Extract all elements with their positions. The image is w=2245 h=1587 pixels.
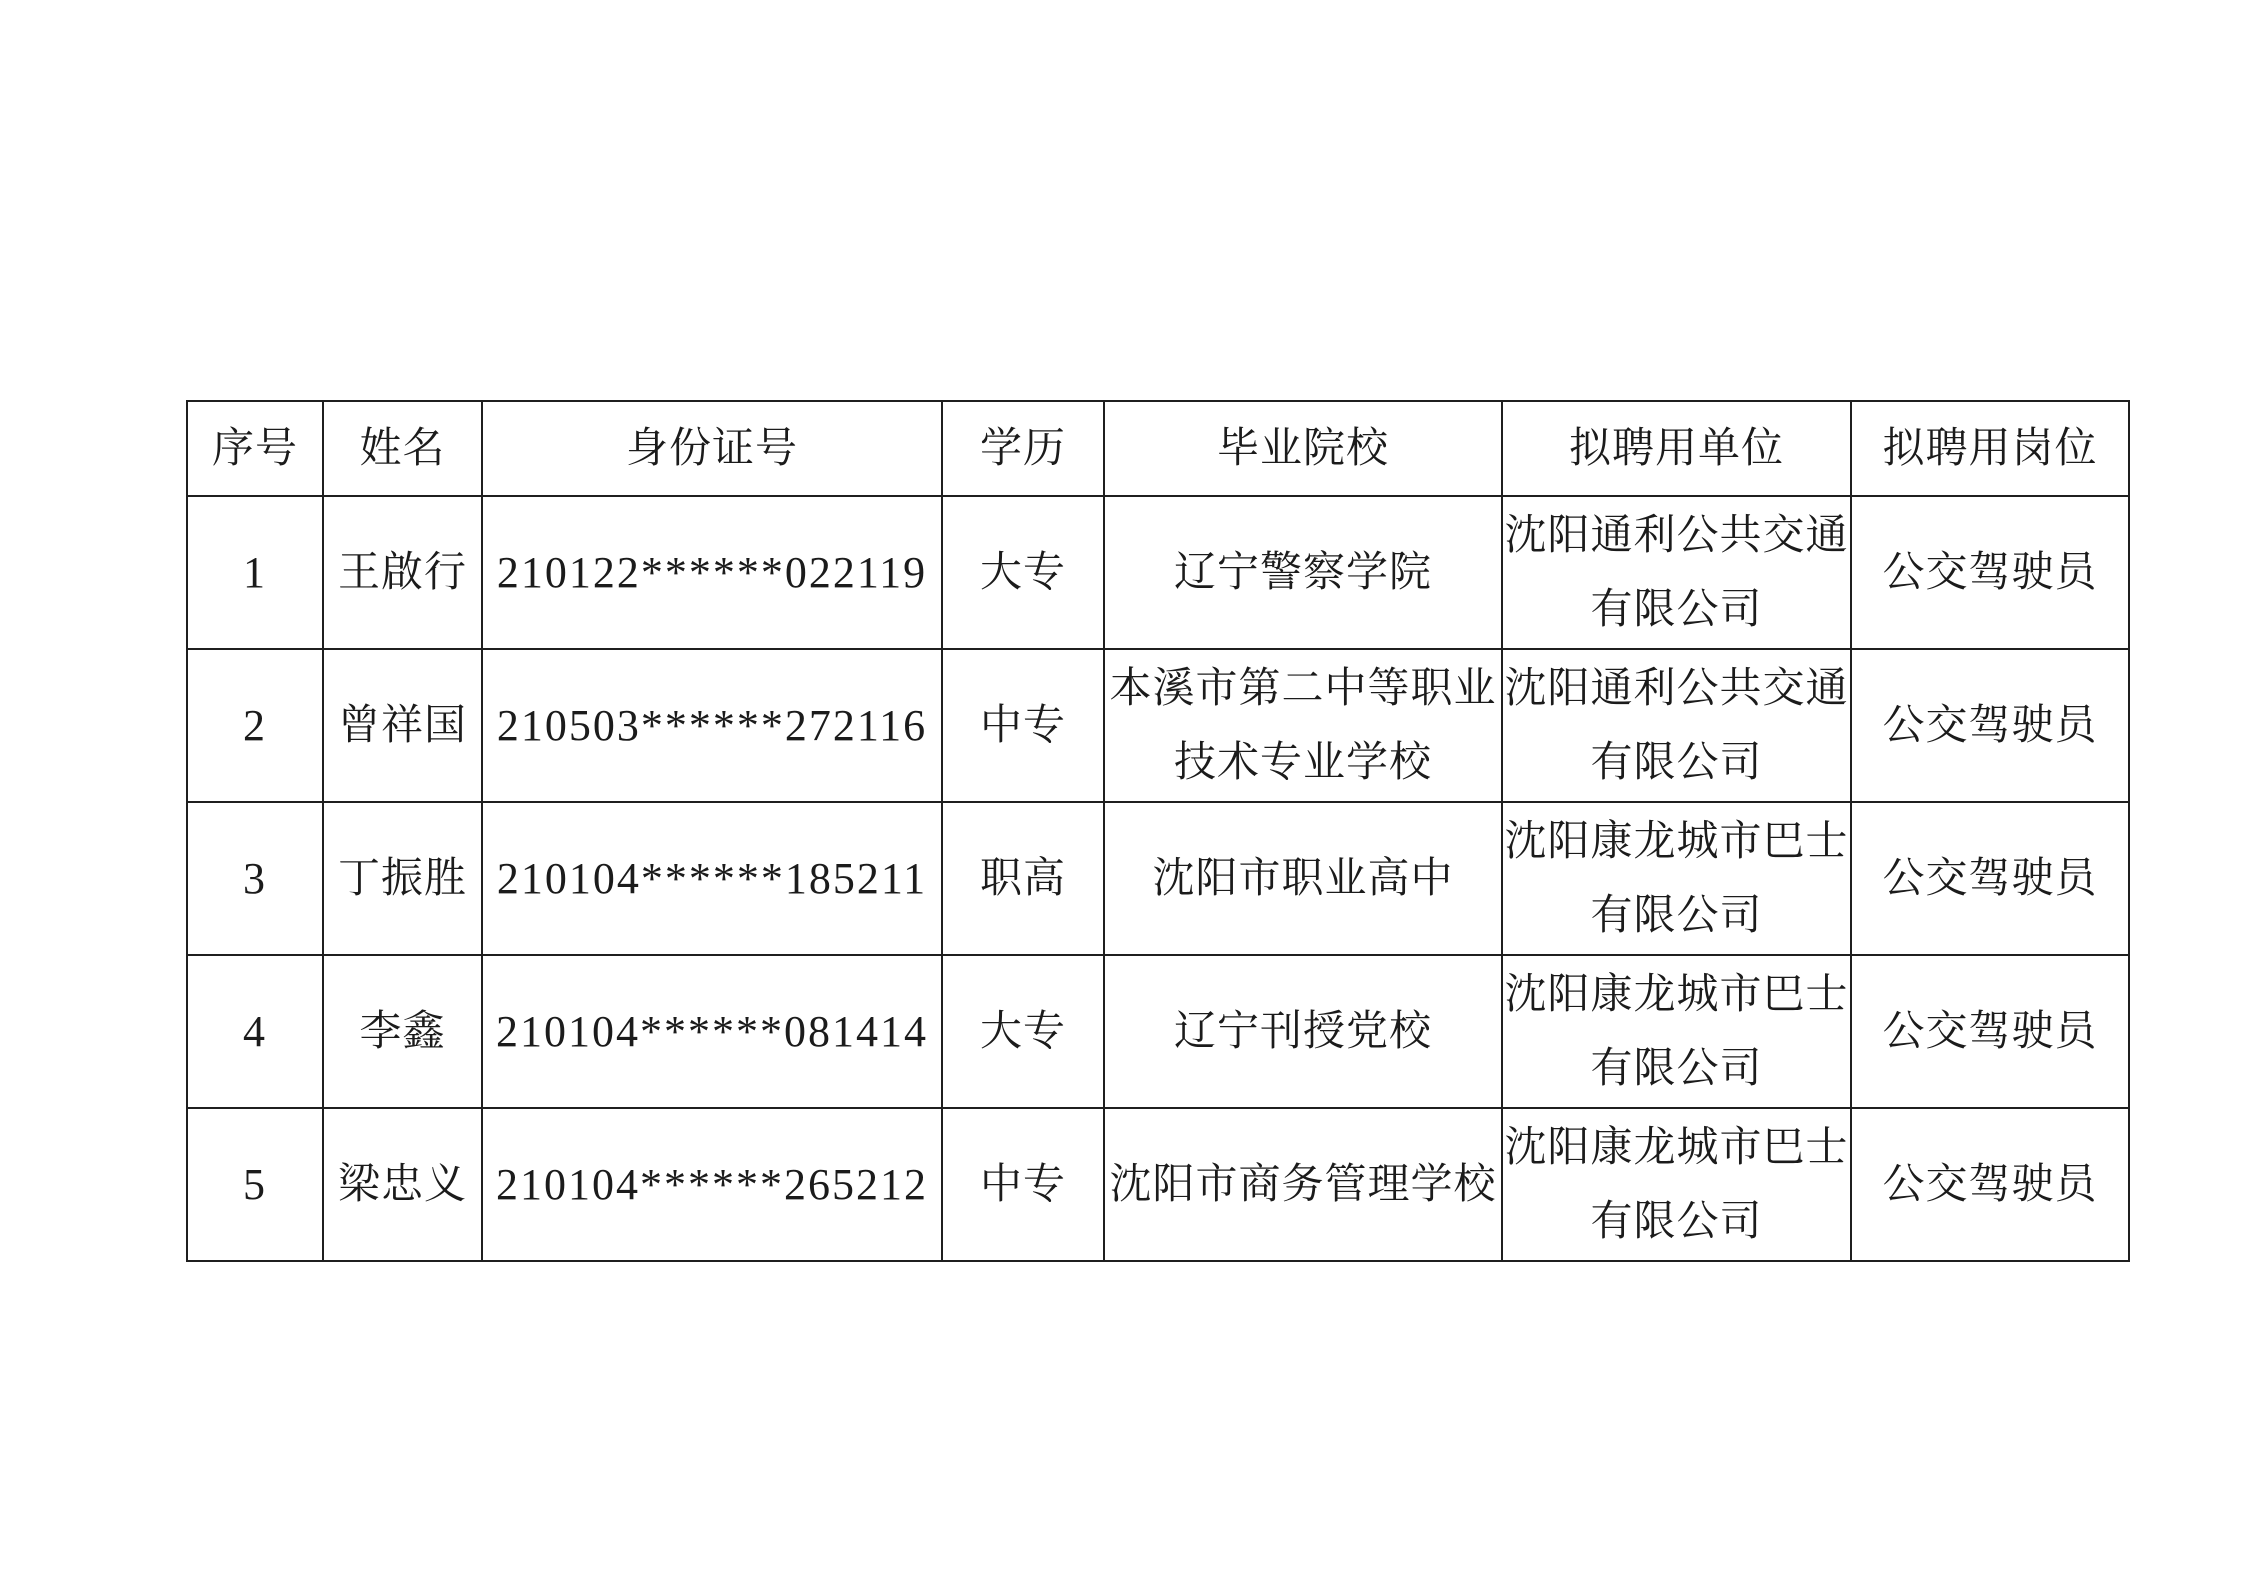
- cell-employer: 沈阳康龙城市巴士 有限公司: [1502, 802, 1851, 955]
- header-cell-education: 学历: [942, 401, 1104, 496]
- cell-education: 中专: [942, 649, 1104, 802]
- cell-education: 大专: [942, 496, 1104, 649]
- cell-education: 中专: [942, 1108, 1104, 1261]
- cell-position: 公交驾驶员: [1851, 802, 2129, 955]
- cell-serial: 4: [187, 955, 323, 1108]
- cell-position: 公交驾驶员: [1851, 1108, 2129, 1261]
- cell-position: 公交驾驶员: [1851, 649, 2129, 802]
- header-cell-school: 毕业院校: [1104, 401, 1502, 496]
- hiring-roster-table: 序号 姓名 身份证号 学历 毕业院校 拟聘用单位 拟聘用岗位 1 王啟行 210…: [186, 400, 2130, 1262]
- cell-position: 公交驾驶员: [1851, 955, 2129, 1108]
- cell-serial: 2: [187, 649, 323, 802]
- header-cell-employer: 拟聘用单位: [1502, 401, 1851, 496]
- cell-employer: 沈阳康龙城市巴士 有限公司: [1502, 1108, 1851, 1261]
- header-row: 序号 姓名 身份证号 学历 毕业院校 拟聘用单位 拟聘用岗位: [187, 401, 2129, 496]
- cell-serial: 3: [187, 802, 323, 955]
- header-cell-id-number: 身份证号: [482, 401, 942, 496]
- cell-name: 曾祥国: [323, 649, 482, 802]
- cell-name: 丁振胜: [323, 802, 482, 955]
- cell-name: 李鑫: [323, 955, 482, 1108]
- cell-name: 王啟行: [323, 496, 482, 649]
- table-row: 4 李鑫 210104******081414 大专 辽宁刊授党校 沈阳康龙城市…: [187, 955, 2129, 1108]
- table-header: 序号 姓名 身份证号 学历 毕业院校 拟聘用单位 拟聘用岗位: [187, 401, 2129, 496]
- cell-id-number: 210104******265212: [482, 1108, 942, 1261]
- table-body: 1 王啟行 210122******022119 大专 辽宁警察学院 沈阳通利公…: [187, 496, 2129, 1261]
- cell-name: 梁忠义: [323, 1108, 482, 1261]
- cell-id-number: 210104******185211: [482, 802, 942, 955]
- cell-serial: 1: [187, 496, 323, 649]
- cell-id-number: 210122******022119: [482, 496, 942, 649]
- cell-employer: 沈阳通利公共交通 有限公司: [1502, 496, 1851, 649]
- document-page: 序号 姓名 身份证号 学历 毕业院校 拟聘用单位 拟聘用岗位 1 王啟行 210…: [0, 0, 2245, 1587]
- cell-school: 辽宁警察学院: [1104, 496, 1502, 649]
- cell-school: 沈阳市职业高中: [1104, 802, 1502, 955]
- table-row: 5 梁忠义 210104******265212 中专 沈阳市商务管理学校 沈阳…: [187, 1108, 2129, 1261]
- header-cell-name: 姓名: [323, 401, 482, 496]
- table-row: 1 王啟行 210122******022119 大专 辽宁警察学院 沈阳通利公…: [187, 496, 2129, 649]
- table-row: 2 曾祥国 210503******272116 中专 本溪市第二中等职业 技术…: [187, 649, 2129, 802]
- cell-employer: 沈阳康龙城市巴士 有限公司: [1502, 955, 1851, 1108]
- cell-serial: 5: [187, 1108, 323, 1261]
- table-row: 3 丁振胜 210104******185211 职高 沈阳市职业高中 沈阳康龙…: [187, 802, 2129, 955]
- cell-id-number: 210104******081414: [482, 955, 942, 1108]
- header-cell-position: 拟聘用岗位: [1851, 401, 2129, 496]
- cell-school: 沈阳市商务管理学校: [1104, 1108, 1502, 1261]
- cell-id-number: 210503******272116: [482, 649, 942, 802]
- cell-school: 辽宁刊授党校: [1104, 955, 1502, 1108]
- cell-employer: 沈阳通利公共交通 有限公司: [1502, 649, 1851, 802]
- header-cell-serial: 序号: [187, 401, 323, 496]
- cell-education: 职高: [942, 802, 1104, 955]
- cell-education: 大专: [942, 955, 1104, 1108]
- cell-position: 公交驾驶员: [1851, 496, 2129, 649]
- cell-school: 本溪市第二中等职业 技术专业学校: [1104, 649, 1502, 802]
